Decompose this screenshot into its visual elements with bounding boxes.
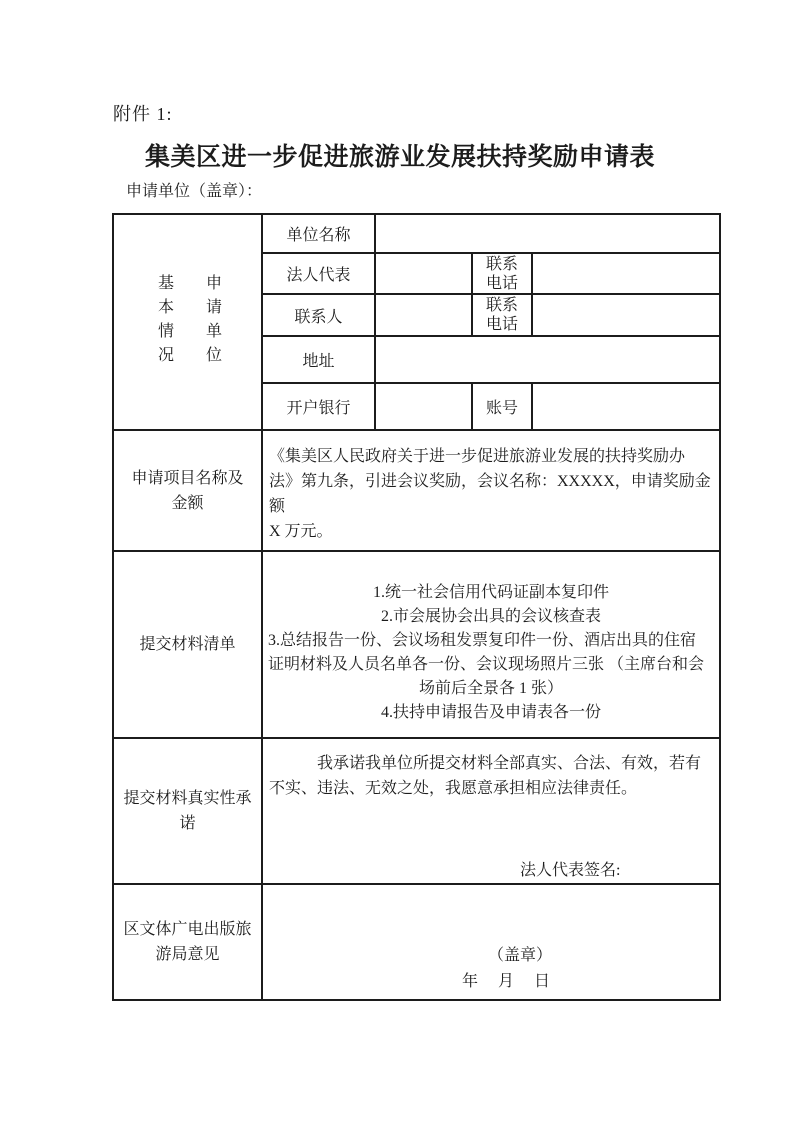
basic-info-header-cell: 基本情况 申请单位 <box>113 214 262 430</box>
account-label: 账号 <box>472 383 532 430</box>
commitment-content: 我承诺我单位所提交材料全部真实、合法、有效，若有 不实、违法、无效之处，我愿意承… <box>262 738 720 884</box>
row-project: 申请项目名称及 金额 《集美区人民政府关于进一步促进旅游业发展的扶持奖励办 法》… <box>113 430 720 551</box>
contact-person-value-cell <box>375 294 472 336</box>
commitment-line: 我承诺我单位所提交材料全部真实、合法、有效，若有 <box>269 751 713 776</box>
seal-placeholder: （盖章） <box>488 943 713 969</box>
application-form-table: 基本情况 申请单位 单位名称 法人代表 联系 电话 联系人 联系 电话 地址 开… <box>112 213 721 1001</box>
page-title: 集美区进一步促进旅游业发展扶持奖励申请表 <box>0 137 800 173</box>
project-name-amount-label: 申请项目名称及 金额 <box>113 430 262 551</box>
project-line: 法》第九条，引进会议奖励，会议名称：XXXXX，申请奖励金额 <box>269 469 713 519</box>
basic-info-vertical-header: 基本情况 申请单位 <box>114 274 261 370</box>
materials-line: 证明材料及人员名单各一份、会议现场照片三张 （主席台和会 <box>268 653 714 677</box>
unit-name-value-cell <box>375 214 720 253</box>
legal-rep-phone-value-cell <box>532 253 720 294</box>
vertical-header-applicant-unit: 申请单位 <box>203 274 221 370</box>
row-bureau-opinion: 区文体广电出版旅 游局意见 （盖章） 年 月 日 <box>113 884 720 1000</box>
bureau-opinion-content: （盖章） 年 月 日 <box>262 884 720 1000</box>
bureau-opinion-label: 区文体广电出版旅 游局意见 <box>113 884 262 1000</box>
materials-line: 3.总结报告一份、会议场租发票复印件一份、酒店出具的住宿 <box>268 629 714 653</box>
bank-label: 开户银行 <box>262 383 375 430</box>
vertical-header-basic-info: 基本情况 <box>155 274 173 370</box>
materials-list-content: 1.统一社会信用代码证副本复印件 2.市会展协会出具的会议核查表 3.总结报告一… <box>262 551 720 738</box>
row-commitment: 提交材料真实性承 诺 我承诺我单位所提交材料全部真实、合法、有效，若有 不实、违… <box>113 738 720 884</box>
legal-rep-phone-label: 联系 电话 <box>472 253 532 294</box>
materials-line: 1.统一社会信用代码证副本复印件 <box>268 581 714 605</box>
contact-phone-label: 联系 电话 <box>472 294 532 336</box>
row-unit-name: 基本情况 申请单位 单位名称 <box>113 214 720 253</box>
commitment-line: 不实、违法、无效之处，我愿意承担相应法律责任。 <box>269 776 713 801</box>
legal-rep-signature-label: 法人代表签名: <box>520 858 713 883</box>
commitment-label: 提交材料真实性承 诺 <box>113 738 262 884</box>
address-label: 地址 <box>262 336 375 383</box>
project-line: X 万元。 <box>269 519 713 544</box>
address-value-cell <box>375 336 720 383</box>
attachment-label: 附件 1: <box>113 100 173 126</box>
materials-list-label: 提交材料清单 <box>113 551 262 738</box>
contact-person-label: 联系人 <box>262 294 375 336</box>
project-name-amount-content: 《集美区人民政府关于进一步促进旅游业发展的扶持奖励办 法》第九条，引进会议奖励，… <box>262 430 720 551</box>
row-materials: 提交材料清单 1.统一社会信用代码证副本复印件 2.市会展协会出具的会议核查表 … <box>113 551 720 738</box>
project-line: 《集美区人民政府关于进一步促进旅游业发展的扶持奖励办 <box>269 444 713 469</box>
materials-line: 场前后全景各 1 张） <box>268 677 714 701</box>
date-placeholder: 年 月 日 <box>462 969 713 995</box>
unit-name-label: 单位名称 <box>262 214 375 253</box>
account-value-cell <box>532 383 720 430</box>
legal-rep-label: 法人代表 <box>262 253 375 294</box>
materials-line: 4.扶持申请报告及申请表各一份 <box>268 701 714 725</box>
contact-phone-value-cell <box>532 294 720 336</box>
bank-value-cell <box>375 383 472 430</box>
legal-rep-value-cell <box>375 253 472 294</box>
materials-line: 2.市会展协会出具的会议核查表 <box>268 605 714 629</box>
applicant-seal-line: 申请单位（盖章）： <box>126 178 262 201</box>
